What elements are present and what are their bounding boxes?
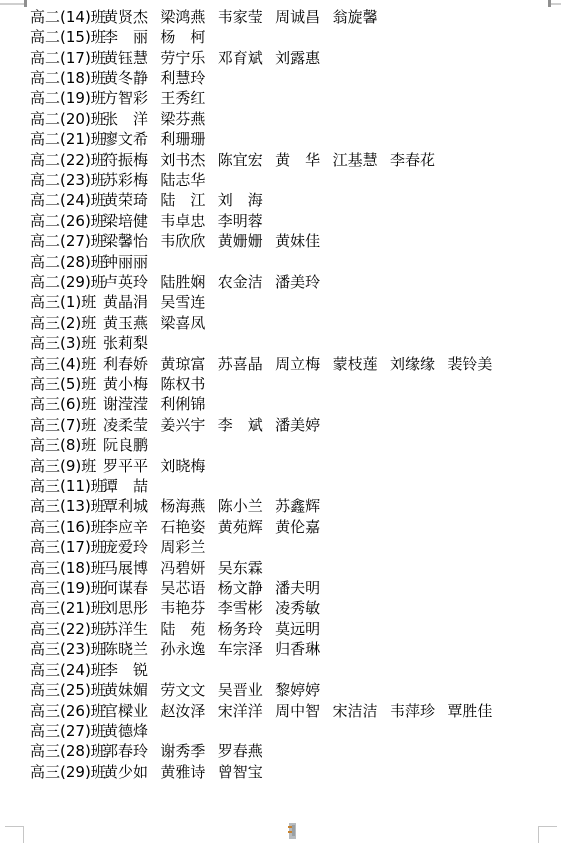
roster-row: 高三(4)班利春娇黄琼富苏喜晶周立梅蒙枝莲刘缘缘裴铃美 xyxy=(30,353,505,373)
student-name: 陈宜宏 xyxy=(218,149,275,170)
student-name: 劳文文 xyxy=(160,679,217,700)
student-name: 韦卓忠 xyxy=(160,210,217,231)
roster-row: 高三(22)班苏洋生陆 苑杨务玲莫远明 xyxy=(30,618,505,638)
footer-marker-glyph-smudge xyxy=(292,825,295,836)
student-name: 李 丽 xyxy=(103,26,160,47)
student-name: 阮良鹏 xyxy=(103,434,160,455)
student-name: 庞爱玲 xyxy=(103,536,160,557)
student-name: 刘缘缘 xyxy=(390,353,447,374)
roster-row: 高三(29)班黄少如黄雅诗曾智宝 xyxy=(30,761,505,781)
student-name: 符振梅 xyxy=(103,149,160,170)
margin-crop-mark-bottom-left xyxy=(5,826,24,843)
student-name: 石艳姿 xyxy=(160,516,217,537)
student-name: 陆胜娴 xyxy=(160,271,217,292)
student-name: 黄玉燕 xyxy=(103,312,160,333)
class-label: 高二(29)班 xyxy=(30,271,103,292)
student-name: 陆 江 xyxy=(160,189,217,210)
student-name: 周立梅 xyxy=(275,353,332,374)
student-name: 韦萍珍 xyxy=(390,700,447,721)
roster-row: 高二(15)班李 丽杨 柯 xyxy=(30,26,505,46)
roster-row: 高二(17)班黄钰慧劳宁乐邓育斌刘露惠 xyxy=(30,47,505,67)
class-label: 高三(28)班 xyxy=(30,740,103,761)
student-name: 黎婷婷 xyxy=(275,679,332,700)
student-name: 黄妹媚 xyxy=(103,679,160,700)
student-name: 周中智 xyxy=(275,700,332,721)
roster-row: 高三(28)班郭春玲谢秀季罗春燕 xyxy=(30,741,505,761)
class-label: 高二(20)班 xyxy=(30,108,103,129)
student-name: 莫远明 xyxy=(275,618,332,639)
roster-row: 高二(20)班张 洋梁芬燕 xyxy=(30,108,505,128)
class-label: 高三(1)班 xyxy=(30,291,103,312)
student-name: 马展博 xyxy=(103,557,160,578)
roster-row: 高三(3)班张莉梨 xyxy=(30,333,505,353)
roster-row: 高三(17)班庞爱玲周彩兰 xyxy=(30,537,505,557)
student-name: 陆志华 xyxy=(160,169,217,190)
student-name: 吴芯语 xyxy=(160,577,217,598)
student-name: 宋洁洁 xyxy=(333,700,390,721)
class-label: 高二(23)班 xyxy=(30,169,103,190)
class-label: 高三(17)班 xyxy=(30,536,103,557)
roster-row: 高三(25)班黄妹媚劳文文吴晋业黎婷婷 xyxy=(30,679,505,699)
ruler-remnant-line-left xyxy=(0,3,26,5)
student-name: 裴铃美 xyxy=(447,353,504,374)
document-page: 高二(14)班黄贤杰梁鸿燕韦家莹周诚昌翁旋馨高二(15)班李 丽杨 柯高二(17… xyxy=(0,0,561,843)
student-name: 韦艳芬 xyxy=(160,597,217,618)
student-name: 梁培健 xyxy=(103,210,160,231)
student-name: 罗春燕 xyxy=(218,740,275,761)
student-name: 周彩兰 xyxy=(160,536,217,557)
student-name: 李明蓉 xyxy=(218,210,275,231)
class-label: 高三(13)班 xyxy=(30,495,103,516)
student-name: 张 洋 xyxy=(103,108,160,129)
student-name: 谢秀季 xyxy=(160,740,217,761)
roster-row: 高三(18)班马展博冯碧妍吴东霖 xyxy=(30,557,505,577)
roster-row: 高三(5)班黄小梅陈权书 xyxy=(30,373,505,393)
student-name: 劳宁乐 xyxy=(160,47,217,68)
student-name: 黄冬静 xyxy=(103,67,160,88)
student-name: 陈权书 xyxy=(160,373,217,394)
student-name: 黄荣琦 xyxy=(103,189,160,210)
roster-row: 高二(26)班梁培健韦卓忠李明蓉 xyxy=(30,210,505,230)
student-name: 黄苑辉 xyxy=(218,516,275,537)
student-name: 郭春玲 xyxy=(103,740,160,761)
class-label: 高二(28)班 xyxy=(30,251,103,272)
student-name: 江基慧 xyxy=(333,149,390,170)
student-name: 归香琳 xyxy=(275,638,332,659)
class-label: 高二(14)班 xyxy=(30,6,103,27)
student-name: 李雪彬 xyxy=(218,597,275,618)
class-label: 高二(15)班 xyxy=(30,26,103,47)
roster-row: 高三(8)班阮良鹏 xyxy=(30,435,505,455)
student-name: 覃胜佳 xyxy=(447,700,504,721)
student-name: 杨文静 xyxy=(218,577,275,598)
class-label: 高三(27)班 xyxy=(30,720,103,741)
student-name: 孙永逸 xyxy=(160,638,217,659)
roster-row: 高二(27)班梁馨怡韦欣欣黄姗姗黄妹佳 xyxy=(30,230,505,250)
roster-row: 高三(19)班何谋春吴芯语杨文静潘夫明 xyxy=(30,577,505,597)
student-name: 李 斌 xyxy=(218,414,275,435)
roster-row: 高二(21)班廖文希利珊珊 xyxy=(30,128,505,148)
class-label: 高三(29)班 xyxy=(30,761,103,782)
student-name: 农金洁 xyxy=(218,271,275,292)
student-name: 利春娇 xyxy=(103,353,160,374)
roster-row: 高二(14)班黄贤杰梁鸿燕韦家莹周诚昌翁旋馨 xyxy=(30,6,505,26)
class-label: 高二(18)班 xyxy=(30,67,103,88)
class-label: 高三(5)班 xyxy=(30,373,103,394)
student-name: 方智彩 xyxy=(103,87,160,108)
roster-row: 高三(6)班谢滢滢利俐锦 xyxy=(30,394,505,414)
roster-row: 高三(9)班罗平平刘晓梅 xyxy=(30,455,505,475)
student-name: 黄雅诗 xyxy=(160,761,217,782)
student-name: 李应辛 xyxy=(103,516,160,537)
student-name: 何谋春 xyxy=(103,577,160,598)
roster-row: 高二(18)班黄冬静利慧玲 xyxy=(30,67,505,87)
roster-row: 高三(13)班覃利城杨海燕陈小兰苏鑫辉 xyxy=(30,496,505,516)
student-name: 利慧玲 xyxy=(160,67,217,88)
student-name: 凌秀敏 xyxy=(275,597,332,618)
class-label: 高三(19)班 xyxy=(30,577,103,598)
student-name: 杨 柯 xyxy=(160,26,217,47)
roster-row: 高三(24)班李 锐 xyxy=(30,659,505,679)
student-name: 廖文希 xyxy=(103,128,160,149)
student-name: 刘书杰 xyxy=(160,149,217,170)
student-name: 王秀红 xyxy=(160,87,217,108)
class-label: 高二(21)班 xyxy=(30,128,103,149)
student-name: 梁喜凤 xyxy=(160,312,217,333)
student-name: 黄姗姗 xyxy=(218,230,275,251)
student-name: 潘夫明 xyxy=(275,577,332,598)
ruler-remnant-cap-left xyxy=(24,0,27,7)
student-name: 吴雪连 xyxy=(160,291,217,312)
student-name: 苏彩梅 xyxy=(103,169,160,190)
roster-row: 高三(23)班陈晓兰孙永逸车宗泽归香琳 xyxy=(30,639,505,659)
ruler-remnant-line-right xyxy=(550,3,561,5)
student-name: 陈晓兰 xyxy=(103,638,160,659)
footer-selected-field-marker xyxy=(289,823,296,839)
student-name: 梁馨怡 xyxy=(103,230,160,251)
class-label: 高三(4)班 xyxy=(30,353,103,374)
class-label: 高二(22)班 xyxy=(30,149,103,170)
roster-row: 高二(28)班钟丽丽 xyxy=(30,251,505,271)
student-name: 谢滢滢 xyxy=(103,393,160,414)
student-name: 吴晋业 xyxy=(218,679,275,700)
student-name: 赵汝泽 xyxy=(160,700,217,721)
student-name: 官樑业 xyxy=(103,700,160,721)
class-label: 高三(11)班 xyxy=(30,475,103,496)
roster-row: 高三(27)班黄德烽 xyxy=(30,720,505,740)
student-name: 潘美婷 xyxy=(275,414,332,435)
class-label: 高三(22)班 xyxy=(30,618,103,639)
class-label: 高三(21)班 xyxy=(30,597,103,618)
student-name: 卢英玲 xyxy=(103,271,160,292)
ruler-remnant-cap-right xyxy=(548,0,551,7)
student-name: 梁芬燕 xyxy=(160,108,217,129)
student-name: 谭 喆 xyxy=(103,475,160,496)
student-name: 韦家莹 xyxy=(218,6,275,27)
class-label: 高二(24)班 xyxy=(30,189,103,210)
class-label: 高二(27)班 xyxy=(30,230,103,251)
class-roster: 高二(14)班黄贤杰梁鸿燕韦家莹周诚昌翁旋馨高二(15)班李 丽杨 柯高二(17… xyxy=(30,6,505,781)
student-name: 黄 华 xyxy=(275,149,332,170)
student-name: 李春花 xyxy=(390,149,447,170)
student-name: 黄小梅 xyxy=(103,373,160,394)
roster-row: 高三(1)班黄晶涓吴雪连 xyxy=(30,292,505,312)
student-name: 杨务玲 xyxy=(218,618,275,639)
class-label: 高三(26)班 xyxy=(30,700,103,721)
student-name: 曾智宝 xyxy=(218,761,275,782)
roster-row: 高三(7)班凌柔莹姜兴宇李 斌潘美婷 xyxy=(30,414,505,434)
roster-row: 高二(22)班符振梅刘书杰陈宜宏黄 华江基慧李春花 xyxy=(30,149,505,169)
student-name: 杨海燕 xyxy=(160,495,217,516)
student-name: 翁旋馨 xyxy=(333,6,390,27)
student-name: 黄少如 xyxy=(103,761,160,782)
student-name: 利珊珊 xyxy=(160,128,217,149)
class-label: 高三(16)班 xyxy=(30,516,103,537)
class-label: 高二(26)班 xyxy=(30,210,103,231)
student-name: 苏喜晶 xyxy=(218,353,275,374)
class-label: 高三(2)班 xyxy=(30,312,103,333)
roster-row: 高三(21)班刘思彤韦艳芬李雪彬凌秀敏 xyxy=(30,598,505,618)
student-name: 梁鸿燕 xyxy=(160,6,217,27)
student-name: 李 锐 xyxy=(103,659,160,680)
student-name: 张莉梨 xyxy=(103,332,160,353)
student-name: 利俐锦 xyxy=(160,393,217,414)
class-label: 高二(19)班 xyxy=(30,87,103,108)
student-name: 陆 苑 xyxy=(160,618,217,639)
student-name: 潘美玲 xyxy=(275,271,332,292)
student-name: 蒙枝莲 xyxy=(333,353,390,374)
roster-row: 高三(11)班谭 喆 xyxy=(30,475,505,495)
student-name: 车宗泽 xyxy=(218,638,275,659)
roster-row: 高二(19)班方智彩王秀红 xyxy=(30,88,505,108)
student-name: 黄贤杰 xyxy=(103,6,160,27)
student-name: 周诚昌 xyxy=(275,6,332,27)
student-name: 刘晓梅 xyxy=(160,455,217,476)
roster-row: 高三(16)班李应辛石艳姿黄苑辉黄伦嘉 xyxy=(30,516,505,536)
roster-row: 高二(29)班卢英玲陆胜娴农金洁潘美玲 xyxy=(30,271,505,291)
class-label: 高三(23)班 xyxy=(30,638,103,659)
roster-row: 高二(23)班苏彩梅陆志华 xyxy=(30,169,505,189)
margin-crop-mark-bottom-right xyxy=(538,826,557,843)
student-name: 姜兴宇 xyxy=(160,414,217,435)
class-label: 高三(6)班 xyxy=(30,393,103,414)
class-label: 高三(7)班 xyxy=(30,414,103,435)
student-name: 黄琼富 xyxy=(160,353,217,374)
student-name: 刘露惠 xyxy=(275,47,332,68)
class-label: 高二(17)班 xyxy=(30,47,103,68)
class-label: 高三(24)班 xyxy=(30,659,103,680)
student-name: 刘思彤 xyxy=(103,597,160,618)
student-name: 钟丽丽 xyxy=(103,251,160,272)
student-name: 黄晶涓 xyxy=(103,291,160,312)
student-name: 刘 海 xyxy=(218,189,275,210)
student-name: 陈小兰 xyxy=(218,495,275,516)
class-label: 高三(18)班 xyxy=(30,557,103,578)
student-name: 吴东霖 xyxy=(218,557,275,578)
student-name: 邓育斌 xyxy=(218,47,275,68)
student-name: 黄德烽 xyxy=(103,720,160,741)
student-name: 宋洋洋 xyxy=(218,700,275,721)
class-label: 高三(9)班 xyxy=(30,455,103,476)
student-name: 凌柔莹 xyxy=(103,414,160,435)
roster-row: 高三(2)班黄玉燕梁喜凤 xyxy=(30,312,505,332)
student-name: 黄妹佳 xyxy=(275,230,332,251)
student-name: 黄伦嘉 xyxy=(275,516,332,537)
student-name: 罗平平 xyxy=(103,455,160,476)
student-name: 覃利城 xyxy=(103,495,160,516)
student-name: 苏鑫辉 xyxy=(275,495,332,516)
student-name: 韦欣欣 xyxy=(160,230,217,251)
class-label: 高三(8)班 xyxy=(30,434,103,455)
roster-row: 高三(26)班官樑业赵汝泽宋洋洋周中智宋洁洁韦萍珍覃胜佳 xyxy=(30,700,505,720)
class-label: 高三(3)班 xyxy=(30,332,103,353)
student-name: 冯碧妍 xyxy=(160,557,217,578)
roster-row: 高二(24)班黄荣琦陆 江刘 海 xyxy=(30,190,505,210)
student-name: 苏洋生 xyxy=(103,618,160,639)
class-label: 高三(25)班 xyxy=(30,679,103,700)
student-name: 黄钰慧 xyxy=(103,47,160,68)
